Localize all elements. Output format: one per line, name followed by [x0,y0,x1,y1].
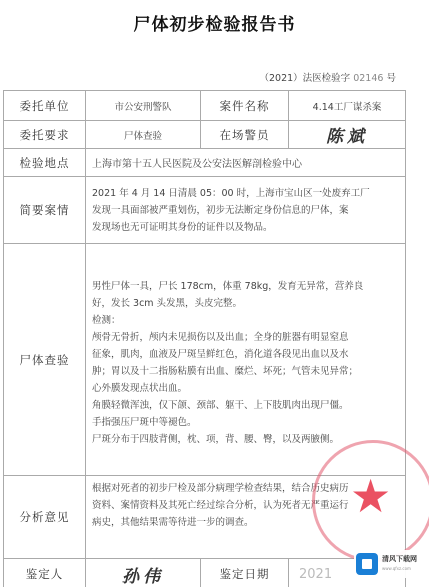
officer-label: 在场警员 [201,121,289,149]
location-label: 检验地点 [4,149,86,177]
row-location: 检验地点 上海市第十五人民医院及公安法医解剖检验中心 [4,149,406,177]
row-exam: 尸体查验 男性尸体一具，尸长 178cm，体重 78kg，发育无异常，营养良 好… [4,244,406,476]
examiner-signature: 孙伟 [86,559,201,587]
row-analysis: 分析意见 根据对死者的初步尸检及部分病理学检查结果，结合历史病历 资料、案情资料… [4,476,406,559]
summary-line: 2021 年 4 月 14 日清晨 05：00 时，上海市宝山区一处废弃工厂 [92,185,399,202]
document-number: （2021）法医检验字 02146 号 [260,70,397,84]
summary-line: 发现一具面部被严重划伤，初步无法断定身份信息的尸体，案 [92,202,399,219]
case-name-value: 4.14工厂谋杀案 [289,91,406,121]
exam-label: 尸体查验 [4,244,86,476]
exam-line: 心外膜发现点状出血。 [92,380,399,397]
exam-line: 颅骨无骨折，颅内未见损伤以及出血；全身的脏器有明显窒息 [92,329,399,346]
analysis-line: 资料、案情资料及其死亡经过综合分析，认为死者无严重运行 [92,497,399,514]
examiner-label: 鉴定人 [4,559,86,587]
row-examiner: 鉴定人 孙伟 鉴定日期 2021 [4,559,406,587]
summary-label: 简要案情 [4,177,86,244]
doc-number-prefix: （2021）法医检验字 [260,73,351,84]
examiner-signature-text: 孙伟 [122,567,164,587]
watermark-logo-icon [356,553,378,575]
client-value: 市公安刑警队 [86,91,201,121]
exam-line: 尸斑分布于四肢背侧，枕、项，背、腰、臀，以及两腋侧。 [92,431,399,448]
site-watermark: 清风下载网 www.qfxz.com [354,550,429,578]
analysis-line: 根据对死者的初步尸检及部分病理学检查结果，结合历史病历 [92,480,399,497]
exam-line: 征象，肌肉，血液及尸斑呈鲜红色，消化道各段见出血以及水 [92,346,399,363]
exam-line: 手指强压尸斑中等褪色。 [92,414,399,431]
row-summary: 简要案情 2021 年 4 月 14 日清晨 05：00 时，上海市宝山区一处废… [4,177,406,244]
client-label: 委托单位 [4,91,86,121]
analysis-text: 根据对死者的初步尸检及部分病理学检查结果，结合历史病历 资料、案情资料及其死亡经… [86,476,406,559]
exam-line: 肿；胃以及十二指肠粘膜有出血、糜烂、坏死；气管未见异常； [92,363,399,380]
report-table: 委托单位 市公安刑警队 案件名称 4.14工厂谋杀案 委托要求 尸体查验 在场警… [3,90,406,587]
exam-line: 男性尸体一具，尸长 178cm，体重 78kg，发育无异常，营养良 [92,278,399,295]
analysis-line: 病史，其他结果需等待进一步的调查。 [92,514,399,531]
report-title: 尸体初步检验报告书 [0,10,429,35]
summary-text: 2021 年 4 月 14 日清晨 05：00 时，上海市宝山区一处废弃工厂 发… [86,177,406,244]
date-label: 鉴定日期 [201,559,289,587]
summary-line: 发现场也无可证明其身份的证件以及物品。 [92,219,399,236]
row-request: 委托要求 尸体查验 在场警员 陈斌 [4,121,406,149]
row-client: 委托单位 市公安刑警队 案件名称 4.14工厂谋杀案 [4,91,406,121]
doc-number-suffix: 号 [386,73,396,84]
analysis-label: 分析意见 [4,476,86,559]
officer-signature-text: 陈斌 [326,127,368,147]
request-label: 委托要求 [4,121,86,149]
exam-line: 好，发长 3cm 头发黑，头皮完整。 [92,295,399,312]
case-name-label: 案件名称 [201,91,289,121]
watermark-name: 清风下载网 [382,555,417,564]
exam-text: 男性尸体一具，尸长 178cm，体重 78kg，发育无异常，营养良 好，发长 3… [86,244,406,476]
exam-line: 角膜轻微浑浊，仅下颌、颈部、躯干、上下肢肌肉出现尸僵。 [92,397,399,414]
report-page: 尸体初步检验报告书 （2021）法医检验字 02146 号 委托单位 市公安刑警… [0,0,429,587]
watermark-url: www.qfxz.com [382,564,417,573]
doc-number-value: 02146 [353,73,383,84]
location-value: 上海市第十五人民医院及公安法医解剖检验中心 [86,149,406,177]
officer-signature: 陈斌 [289,121,406,149]
request-value: 尸体查验 [86,121,201,149]
exam-line: 检测： [92,312,399,329]
